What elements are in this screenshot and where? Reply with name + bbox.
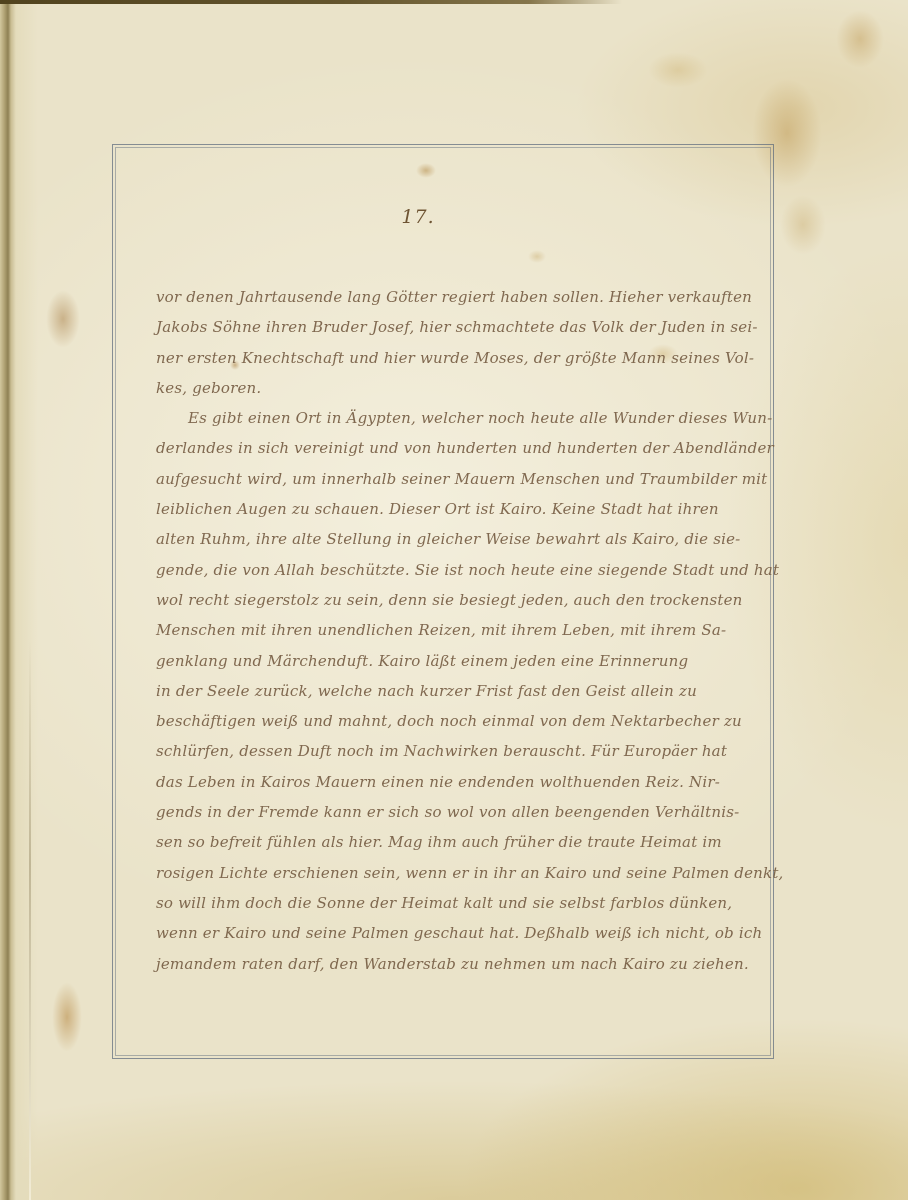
manuscript-line: beschäftigen weiß und mahnt, doch noch e… [156,706,772,736]
cover-top-edge [0,0,622,4]
manuscript-line: das Leben in Kairos Mauern einen nie end… [156,767,772,797]
page-number: 17. [390,206,446,228]
manuscript-line: wol recht siegerstolz zu sein, denn sie … [156,585,772,615]
manuscript-line: Jakobs Söhne ihren Bruder Josef, hier sc… [156,312,772,342]
manuscript-line: schlürfen, dessen Duft noch im Nachwirke… [156,736,772,766]
manuscript-line: leiblichen Augen zu schauen. Dieser Ort … [156,494,772,524]
page-edge-line [29,640,31,1200]
manuscript-line: vor denen Jahrtausende lang Götter regie… [156,282,772,312]
manuscript-line: aufgesucht wird, um innerhalb seiner Mau… [156,464,772,494]
manuscript-line: gends in der Fremde kann er sich so wol … [156,797,772,827]
manuscript-line: derlandes in sich vereinigt und von hund… [156,433,772,463]
manuscript-line: Menschen mit ihren unendlichen Reizen, m… [156,615,772,645]
manuscript-line: jemandem raten darf, den Wanderstab zu n… [156,949,772,979]
manuscript-line: ner ersten Knechtschaft und hier wurde M… [156,343,772,373]
manuscript-line: sen so befreit fühlen als hier. Mag ihm … [156,827,772,857]
manuscript-line: in der Seele zurück, welche nach kurzer … [156,676,772,706]
manuscript-line: wenn er Kairo und seine Palmen geschaut … [156,918,772,948]
manuscript-line: kes, geboren. [156,373,772,403]
manuscript-line: so will ihm doch die Sonne der Heimat ka… [156,888,772,918]
manuscript-line: Es gibt einen Ort in Ägypten, welcher no… [156,403,772,433]
manuscript-line: genklang und Märchenduft. Kairo läßt ein… [156,646,772,676]
manuscript-line: gende, die von Allah beschützte. Sie ist… [156,555,772,585]
manuscript-line: alten Ruhm, ihre alte Stellung in gleich… [156,524,772,554]
manuscript-text: vor denen Jahrtausende lang Götter regie… [156,282,772,979]
manuscript-photo: 17. vor denen Jahrtausende lang Götter r… [0,0,908,1200]
binding-edge [0,0,38,1200]
manuscript-line: rosigen Lichte erschienen sein, wenn er … [156,858,772,888]
